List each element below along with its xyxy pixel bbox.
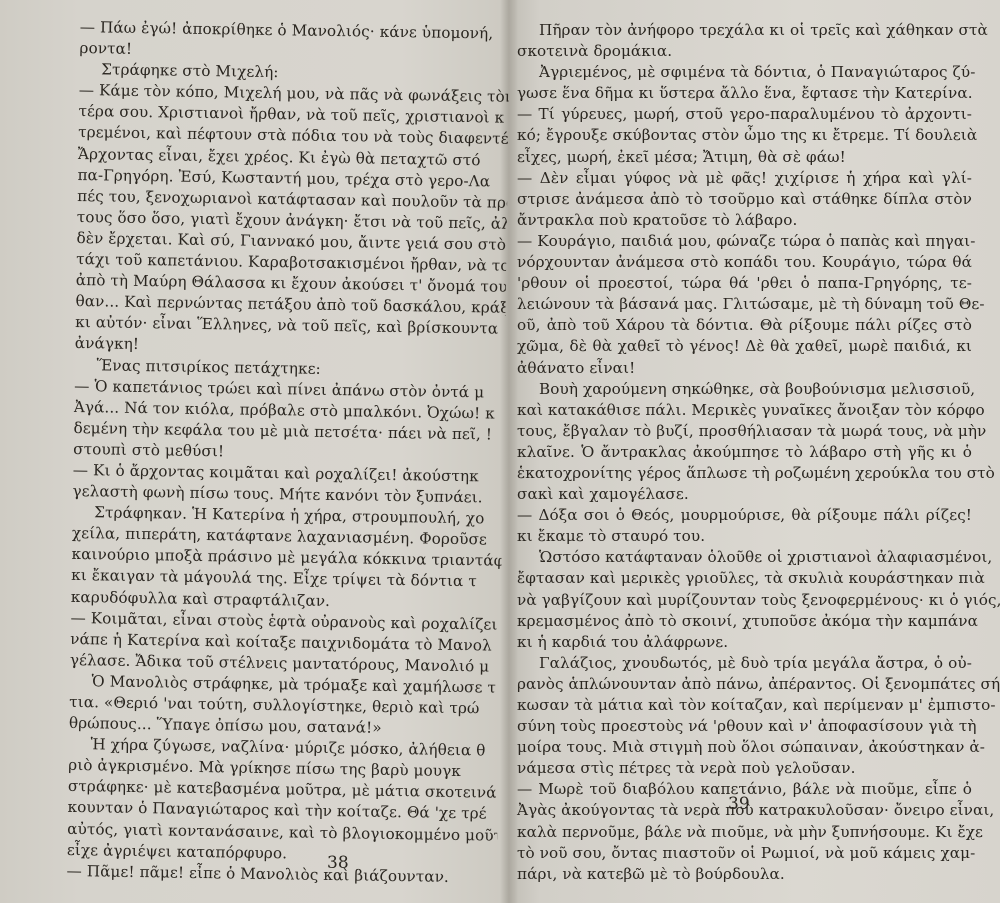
text-line: Βουὴ χαρούμενη σηκώθηκε, σὰ βουβούνισμα … bbox=[517, 379, 972, 400]
text-line: νὰ γαβγίζουν καὶ μυρίζουνταν τοὺς ξενοφε… bbox=[517, 590, 972, 611]
text-line: νόρχουνταν ἀνάμεσα στὸ κοπάδι του. Κουρά… bbox=[517, 252, 972, 273]
text-line: στρισε ἀνάμεσα ἀπὸ τὸ τσοῦρμο καὶ στάθηκ… bbox=[517, 189, 972, 210]
text-line: Γαλάζιος, χνουδωτός, μὲ δυὸ τρία μεγάλα … bbox=[517, 653, 972, 674]
text-line: καλὰ περνοῦμε, βάλε νὰ πιοῦμε, νὰ μὴν ξυ… bbox=[517, 822, 972, 843]
text-line: καὶ κατακάθισε πάλι. Μερικὲς γυναῖκες ἄν… bbox=[517, 400, 972, 421]
book-spread: — Πάω ἐγώ! ἀποκρίθηκε ὁ Μανολιός· κάνε ὑ… bbox=[0, 0, 1000, 903]
text-line: ρανὸς ἁπλώνουνταν ἀπὸ πάνω, ἀπέραντος. Ο… bbox=[517, 674, 972, 695]
left-page-number: 38 bbox=[327, 853, 349, 873]
right-page-number: 39 bbox=[728, 794, 750, 814]
text-line: Ὡστόσο κατάφταναν ὁλοῦθε οἱ χριστιανοὶ ἀ… bbox=[517, 547, 972, 568]
text-line: κι ἡ καρδιά του ἀλάφρωνε. bbox=[517, 632, 972, 653]
text-line: ἔφτασαν καὶ μερικὲς γριοῦλες, τὰ σκυλιὰ … bbox=[517, 568, 972, 589]
text-line: ἑκατοχρονίτης γέρος ἅπλωσε τὴ ροζωμένη χ… bbox=[517, 463, 972, 484]
left-page: — Πάω ἐγώ! ἀποκρίθηκε ὁ Μανολιός· κάνε ὑ… bbox=[0, 0, 510, 903]
text-line: πάρι, νὰ κατεβῶ μὲ τὸ βούρδουλα. bbox=[517, 864, 972, 885]
text-line: μοίρα τους. Μιὰ στιγμὴ ποὺ ὅλοι σώπαιναν… bbox=[517, 737, 972, 758]
text-line: ἄντρακλα ποὺ κρατοῦσε τὸ λάβαρο. bbox=[517, 210, 972, 231]
text-line: κρεμασμένος ἀπὸ τὸ σκοινί, χτυποῦσε ἀκόμ… bbox=[517, 611, 972, 632]
text-line: κι ἔκαμε τὸ σταυρό του. bbox=[517, 526, 972, 547]
text-line: 'ρθουν οἱ προεστοί, τώρα θά 'ρθει ὁ παπα… bbox=[517, 273, 972, 294]
text-line: σακὶ καὶ χαμογέλασε. bbox=[517, 484, 972, 505]
text-line: ἀθάνατο εἶναι! bbox=[517, 358, 972, 379]
text-line: λειώνουν τὰ βάσανά μας. Γλιτώσαμε, μὲ τὴ… bbox=[517, 294, 972, 315]
text-line: Πῆραν τὸν ἀνήφορο τρεχάλα κι οἱ τρεῖς κα… bbox=[517, 20, 972, 41]
text-line: σύνη τοὺς προεστοὺς νά 'ρθουν καὶ ν' ἀπο… bbox=[517, 716, 972, 737]
text-line: κωσαν τὰ μάτια καὶ τὸν κοίταζαν, καὶ περ… bbox=[517, 695, 972, 716]
left-page-text: — Πάω ἐγώ! ἀποκρίθηκε ὁ Μανολιός· κάνε ὑ… bbox=[66, 17, 510, 888]
text-line: Ἀγριεμένος, μὲ σφιμένα τὰ δόντια, ὁ Πανα… bbox=[517, 62, 972, 83]
text-line: εἶχες, μωρή, ἐκεῖ μέσα; Ἄτιμη, θὰ σὲ φάω… bbox=[517, 147, 972, 168]
text-line: τους, ἔβγαλαν τὸ βυζί, προσθήλιασαν τὰ μ… bbox=[517, 421, 972, 442]
right-page: Πῆραν τὸν ἀνήφορο τρεχάλα κι οἱ τρεῖς κα… bbox=[510, 0, 1000, 903]
text-line: — Δὲν εἶμαι γύφος νὰ μὲ φᾶς! χιχίρισε ἡ … bbox=[517, 168, 972, 189]
text-line: γωσε ἕνα δῆμα κι ὕστερα ἄλλο ἕνα, ἔφτασε… bbox=[517, 83, 972, 104]
text-line: — Τί γύρευες, μωρή, στοῦ γερο-παραλυμένο… bbox=[517, 104, 972, 125]
text-line: τὸ νοῦ σου, ὄντας πιαστοῦν οἱ Ρωμιοί, νὰ… bbox=[517, 843, 972, 864]
text-line: — Κουράγιο, παιδιά μου, φώναζε τώρα ὁ πα… bbox=[517, 231, 972, 252]
text-line: νάμεσα στὶς πέτρες τὰ νερὰ ποὺ γελοῦσαν. bbox=[517, 758, 972, 779]
text-line: κλαῖνε. Ὁ ἄντρακλας ἀκούμπησε τὸ λάβαρο … bbox=[517, 442, 972, 463]
text-line: σκοτεινὰ δρομάκια. bbox=[517, 41, 972, 62]
text-line: χῶμα, δὲ θὰ χαθεῖ τὸ γένος! Δὲ θὰ χαθεῖ,… bbox=[517, 336, 972, 357]
text-line: κό; ἔγρουξε σκύβοντας στὸν ὦμο της κι ἔτ… bbox=[517, 125, 972, 146]
text-line: — Δόξα σοι ὁ Θεός, μουρμούρισε, θὰ ρίξου… bbox=[517, 505, 972, 526]
right-page-text: Πῆραν τὸν ἀνήφορο τρεχάλα κι οἱ τρεῖς κα… bbox=[517, 20, 972, 885]
text-line: οῦ, ἀπὸ τοῦ Χάρου τὰ δόντια. Θὰ ρίξουμε … bbox=[517, 315, 972, 336]
